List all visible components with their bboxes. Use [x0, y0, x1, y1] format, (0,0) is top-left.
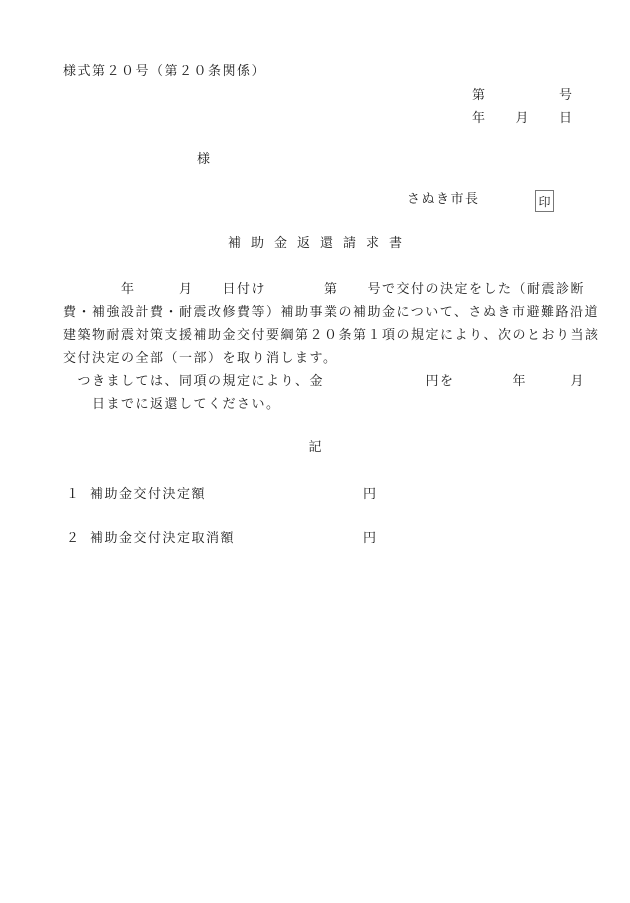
date-line: 年 月 日 — [472, 110, 574, 125]
item-row-1: １ 補助金交付決定額 円 — [0, 483, 630, 499]
document-title: 補助金返還請求書 — [0, 235, 630, 250]
addressee-suffix: 様 — [197, 151, 212, 166]
body-line: 交付決定の全部（一部）を取り消します。 — [63, 350, 337, 365]
item-label: 補助金交付決定額 — [90, 483, 206, 502]
item-unit: 円 — [363, 483, 376, 502]
item-number: ２ — [66, 527, 79, 546]
body-line: 建築物耐震対策支援補助金交付要綱第２０条第１項の規定により、次のとおり当該 — [63, 327, 600, 342]
item-number: １ — [66, 483, 79, 502]
list-marker: 記 — [0, 439, 630, 454]
seal-label: 印 — [538, 193, 550, 210]
document-page: 様式第２０号（第２０条関係） 第 号 年 月 日 様 さぬき市長 印 補助金返還… — [0, 0, 630, 903]
reference-number-line: 第 号 — [472, 87, 574, 102]
body-line: 年 月 日付け 第 号で交付の決定をした（耐震診断 — [63, 281, 585, 296]
body-line: 費・補強設計費・耐震改修費等）補助事業の補助金について、さぬき市避難路沿道 — [63, 304, 599, 319]
item-unit: 円 — [363, 527, 376, 546]
item-label: 補助金交付決定取消額 — [90, 527, 235, 546]
form-number: 様式第２０号（第２０条関係） — [63, 63, 266, 78]
seal-box: 印 — [535, 190, 554, 212]
body-line: 日までに返還してください。 — [63, 396, 281, 411]
issuer-name: さぬき市長 — [407, 191, 480, 206]
body-line: つきましては、同項の規定により、金 円を 年 月 — [63, 373, 585, 388]
item-row-2: ２ 補助金交付決定取消額 円 — [0, 527, 630, 543]
